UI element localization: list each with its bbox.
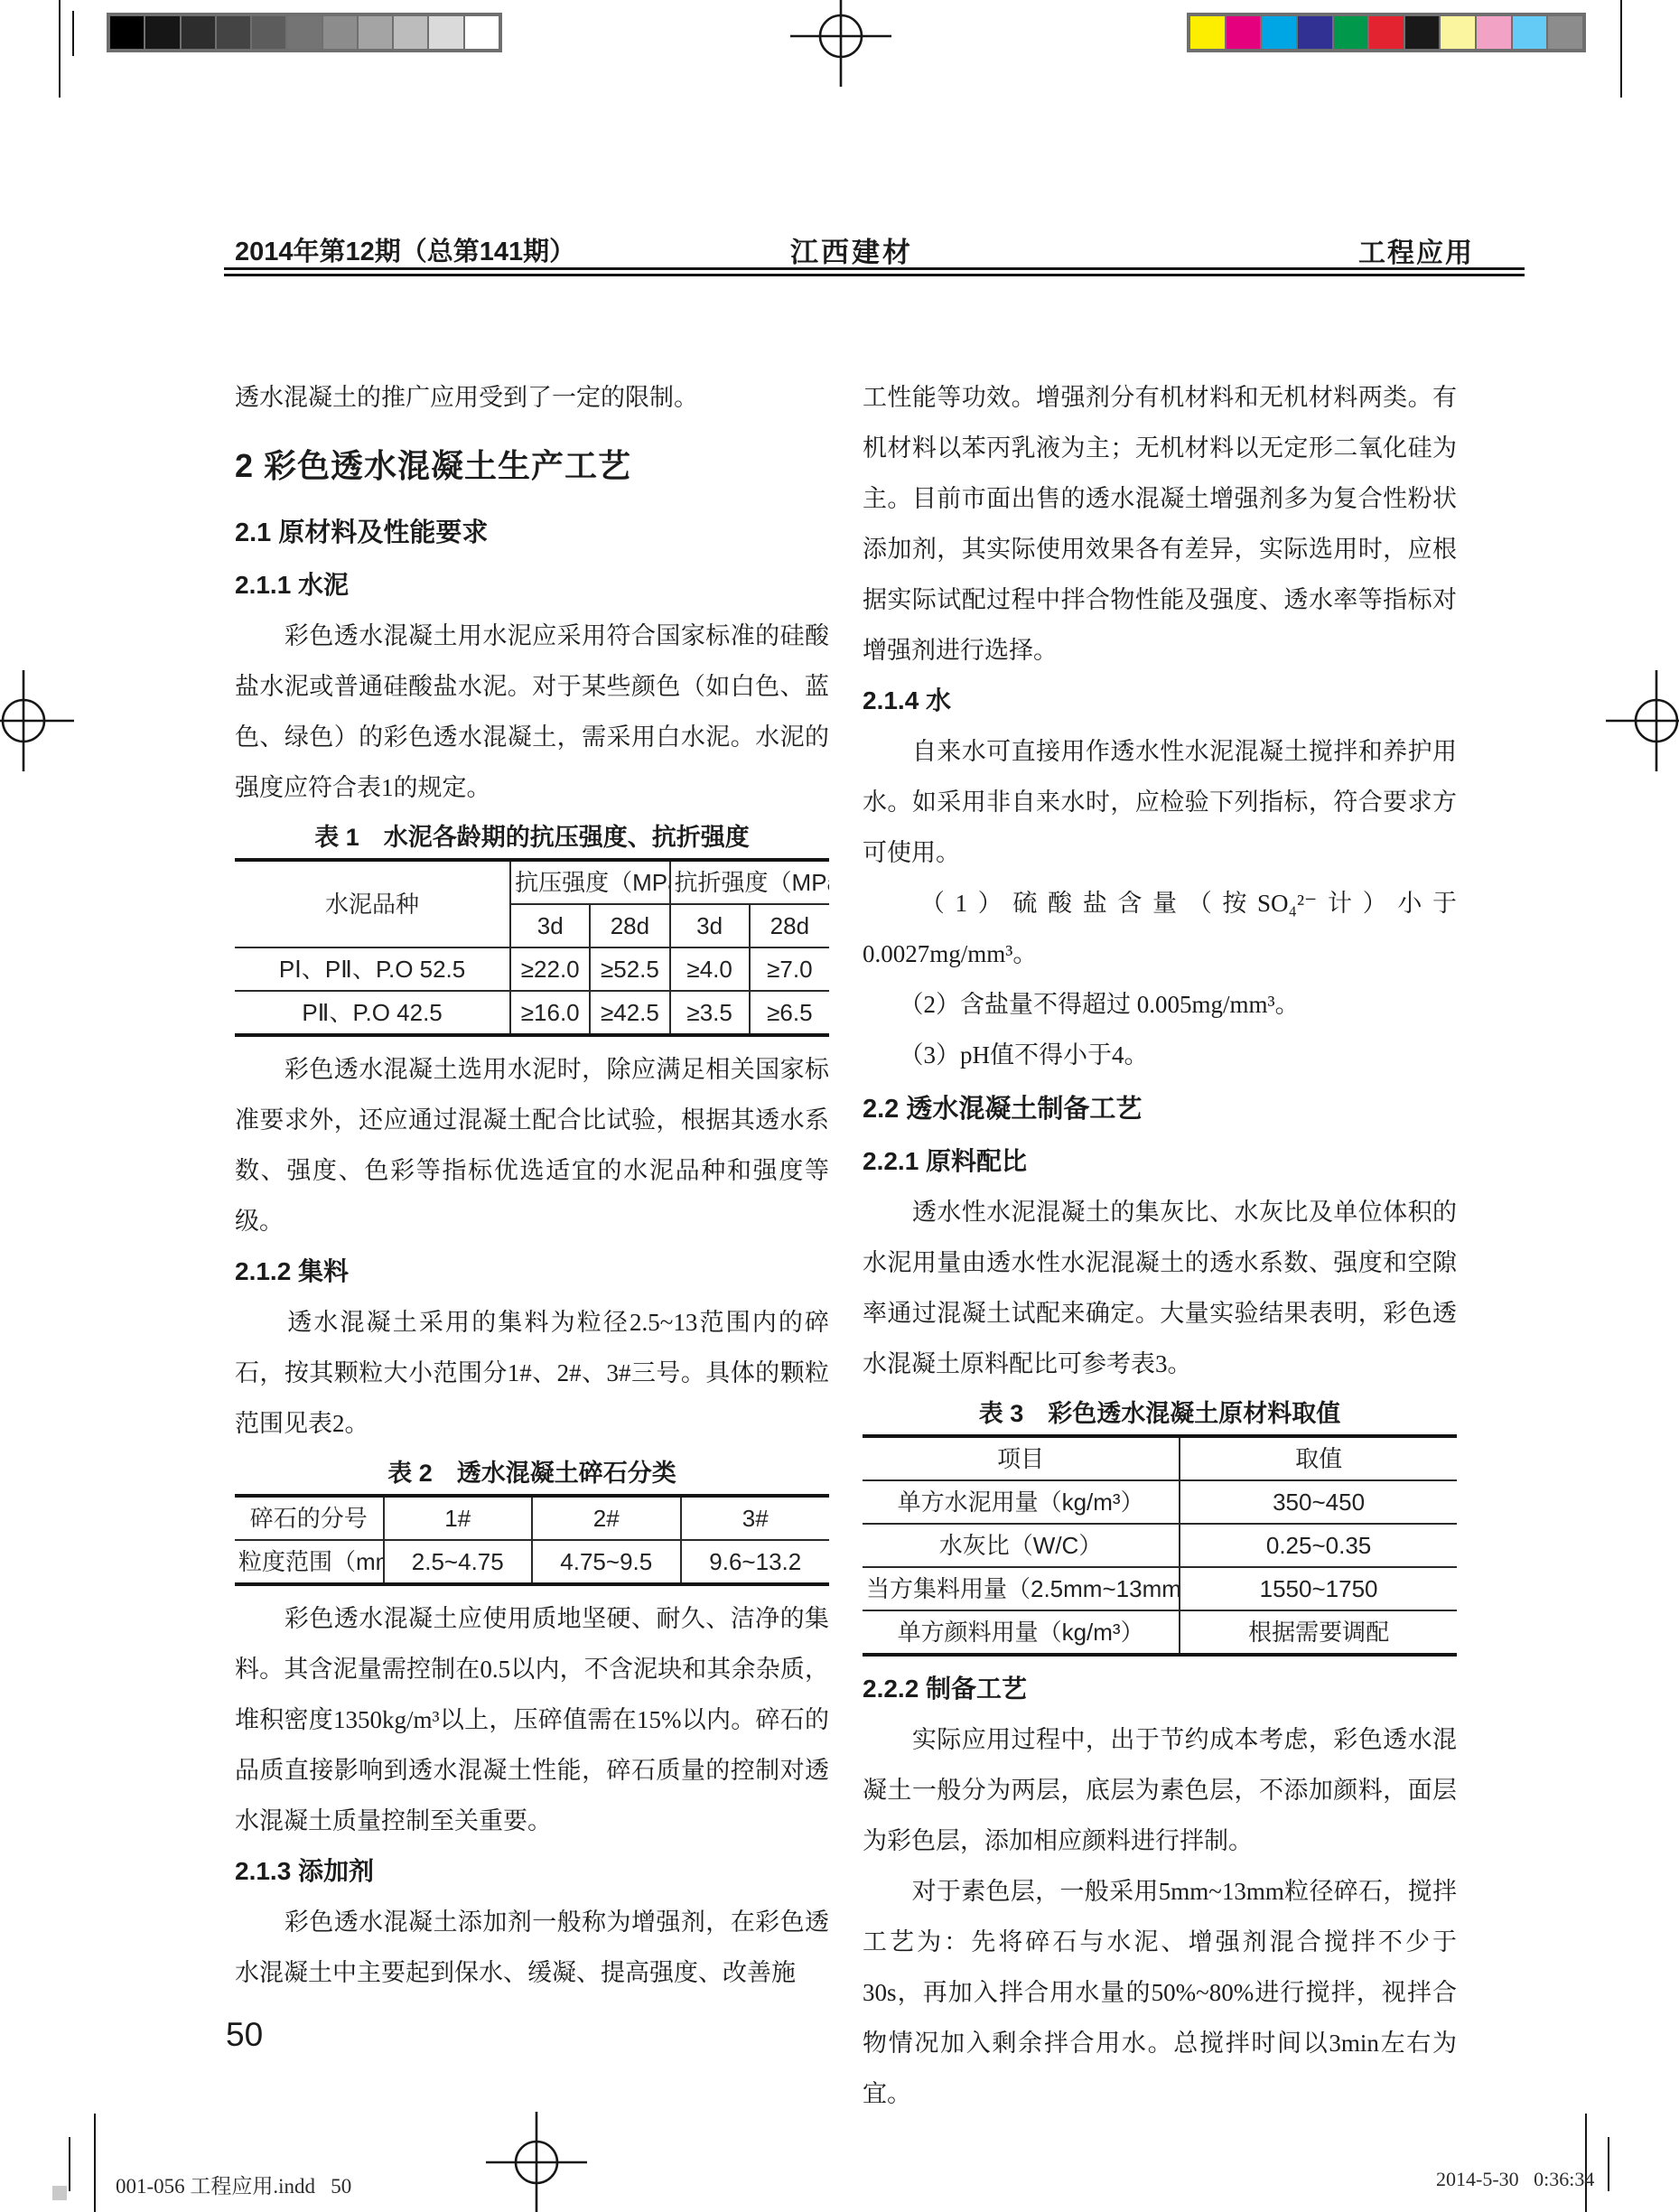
calibration-swatch [252, 16, 285, 49]
table-header-cell: 28d [590, 904, 669, 947]
table2-block: 表 2 透水混凝土碎石分类 碎石的分号 1# 2# 3# 粒度范围（mm） 2.… [235, 1452, 829, 1586]
journal-title: 江西建材 [790, 229, 913, 270]
issue-info: 2014年第12期（总第141期） [235, 231, 575, 268]
table-cell: 2.5~4.75 [384, 1540, 533, 1584]
section-label: 工程应用 [1358, 230, 1474, 270]
calibration-swatch [1405, 16, 1440, 49]
calibration-swatch [1369, 16, 1404, 49]
table-header-cell: 28d [750, 904, 829, 947]
paragraph-process-2: 对于素色层，一般采用5mm~13mm粒径碎石，搅拌工艺为：先将碎石与水泥、增强剂… [863, 1866, 1457, 2119]
table-cell: ≥42.5 [590, 991, 669, 1035]
imprint-timestamp: 2014-5-30 0:36:34 [1436, 2168, 1594, 2191]
crop-mark [72, 11, 74, 56]
crop-mark [59, 0, 61, 98]
table-gravel-classes: 碎石的分号 1# 2# 3# 粒度范围（mm） 2.5~4.75 4.75~9.… [235, 1494, 829, 1586]
paragraph-intro: 透水混凝土的推广应用受到了一定的限制。 [235, 372, 829, 423]
journal-page: 2014年第12期（总第141期） 江西建材 工程应用 透水混凝土的推广应用受到… [0, 0, 1679, 2212]
table-header-cell: 抗压强度（MPa） [510, 860, 669, 904]
table-cell: PⅡ、P.O 42.5 [235, 991, 510, 1035]
table-header-cell: 抗折强度（MPa） [670, 860, 829, 904]
calibration-swatch [110, 16, 144, 49]
table-caption: 表 1 水泥各龄期的抗压强度、抗折强度 [235, 817, 829, 858]
heading-2-1-4: 2.1.4 水 [863, 676, 1457, 726]
heading-2-2-1: 2.2.1 原料配比 [863, 1136, 1457, 1187]
table-header-cell: 3# [681, 1496, 830, 1540]
crop-mark [52, 2186, 67, 2200]
paragraph-additive-continued: 工性能等功效。增强剂分有机材料和无机材料两类。有机材料以苯丙乳液为主；无机材料以… [863, 372, 1457, 676]
table-cell: 1550~1750 [1180, 1567, 1457, 1610]
calibration-swatch [145, 16, 179, 49]
table-header-cell: 3d [510, 904, 590, 947]
table-cell: ≥7.0 [750, 947, 829, 991]
calibration-swatch [1441, 16, 1475, 49]
table-cell: 当方集料用量（2.5mm~13mm） [863, 1567, 1180, 1610]
table-cell: 水灰比（W/C） [863, 1524, 1180, 1567]
paragraph-mix-ratio: 透水性水泥混凝土的集灰比、水灰比及单位体积的水泥用量由透水性水泥混凝土的透水系数… [863, 1187, 1457, 1389]
calibration-swatch [429, 16, 462, 49]
calibration-swatch [465, 16, 499, 49]
table-cell: ≥16.0 [510, 991, 590, 1035]
grayscale-calibration-bar [107, 13, 502, 52]
calibration-swatch [1190, 16, 1225, 49]
table-header-cell: 项目 [863, 1436, 1180, 1480]
table-caption: 表 3 彩色透水混凝土原材料取值 [863, 1393, 1457, 1434]
table-row: 水灰比（W/C） 0.25~0.35 [863, 1524, 1457, 1567]
table-row: 粒度范围（mm） 2.5~4.75 4.75~9.5 9.6~13.2 [235, 1540, 829, 1584]
table-header-cell: 水泥品种 [235, 860, 510, 947]
paragraph-additive: 彩色透水混凝土添加剂一般称为增强剂，在彩色透水混凝土中主要起到保水、缓凝、提高强… [235, 1897, 829, 1998]
table-header-cell: 3d [670, 904, 750, 947]
registration-mark-right [1602, 667, 1679, 775]
table-caption: 表 2 透水混凝土碎石分类 [235, 1452, 829, 1494]
table-cell: ≥6.5 [750, 991, 829, 1035]
calibration-swatch [287, 16, 321, 49]
table-row: PⅠ、PⅡ、P.O 52.5 ≥22.0 ≥52.5 ≥4.0 ≥7.0 [235, 947, 829, 991]
table3-block: 表 3 彩色透水混凝土原材料取值 项目 取值 单方水泥用量（kg/m³） 350… [863, 1393, 1457, 1657]
header-rule [224, 267, 1525, 270]
table-cement-strength: 水泥品种 抗压强度（MPa） 抗折强度（MPa） 3d 28d 3d 28d P… [235, 858, 829, 1037]
table-cell: PⅠ、PⅡ、P.O 52.5 [235, 947, 510, 991]
paragraph-cement-selection: 彩色透水混凝土选用水泥时，除应满足相关国家标准要求外，还应通过混凝土配合比试验，… [235, 1044, 829, 1246]
calibration-swatch [1298, 16, 1332, 49]
table1-block: 表 1 水泥各龄期的抗压强度、抗折强度 水泥品种 抗压强度（MPa） 抗折强度（… [235, 817, 829, 1037]
table-cell: 4.75~9.5 [532, 1540, 681, 1584]
heading-2-1-1: 2.1.1 水泥 [235, 560, 829, 611]
paragraph-aggregate: 透水混凝土采用的集料为粒径2.5~13范围内的碎石，按其颗粒大小范围分1#、2#… [235, 1297, 829, 1449]
page-number: 50 [226, 2016, 263, 2054]
paragraph-cement: 彩色透水混凝土用水泥应采用符合国家标准的硅酸盐水泥或普通硅酸盐水泥。对于某些颜色… [235, 611, 829, 813]
table-row: 水泥品种 抗压强度（MPa） 抗折强度（MPa） [235, 860, 829, 904]
heading-2-1-2: 2.1.2 集料 [235, 1246, 829, 1297]
color-calibration-bar [1187, 13, 1586, 52]
heading-2-2: 2.2 透水混凝土制备工艺 [863, 1084, 1457, 1134]
table-cell: 9.6~13.2 [681, 1540, 830, 1584]
table-cell: ≥52.5 [590, 947, 669, 991]
table-cell: 350~450 [1180, 1480, 1457, 1524]
header-rule [224, 274, 1525, 276]
list-item-2: （2）含盐量不得超过 0.005mg/mm³。 [863, 979, 1457, 1030]
calibration-swatch [394, 16, 427, 49]
table-cell: 单方颜料用量（kg/m³） [863, 1610, 1180, 1655]
right-column: 工性能等功效。增强剂分有机材料和无机材料两类。有机材料以苯丙乳液为主；无机材料以… [863, 372, 1457, 2119]
calibration-swatch [1477, 16, 1511, 49]
imprint-filename: 001-056 工程应用.indd 50 [116, 2170, 351, 2199]
heading-2-2-2: 2.2.2 制备工艺 [863, 1664, 1457, 1714]
table-row: 项目 取值 [863, 1436, 1457, 1480]
table-row: 碎石的分号 1# 2# 3# [235, 1496, 829, 1540]
table-cell: ≥22.0 [510, 947, 590, 991]
calibration-swatch [323, 16, 357, 49]
table-header-cell: 2# [532, 1496, 681, 1540]
calibration-swatch [1262, 16, 1296, 49]
table-row: 单方颜料用量（kg/m³） 根据需要调配 [863, 1610, 1457, 1655]
list-item-3: （3）pH值不得小于4。 [863, 1030, 1457, 1080]
calibration-swatch [359, 16, 392, 49]
table-header-cell: 碎石的分号 [235, 1496, 384, 1540]
registration-mark-bottom [482, 2108, 591, 2212]
calibration-swatch [1513, 16, 1547, 49]
heading-section-2: 2 彩色透水混凝土生产工艺 [235, 446, 829, 486]
calibration-swatch [182, 16, 215, 49]
table-material-values: 项目 取值 单方水泥用量（kg/m³） 350~450 水灰比（W/C） 0.2… [863, 1434, 1457, 1657]
table-cell: 0.25~0.35 [1180, 1524, 1457, 1567]
calibration-swatch [1334, 16, 1368, 49]
heading-2-1: 2.1 原材料及性能要求 [235, 508, 829, 558]
table-cell: 粒度范围（mm） [235, 1540, 384, 1584]
crop-mark [94, 2114, 96, 2212]
table-row: 当方集料用量（2.5mm~13mm） 1550~1750 [863, 1567, 1457, 1610]
paragraph-water: 自来水可直接用作透水性水泥混凝土搅拌和养护用水。如采用非自来水时，应检验下列指标… [863, 726, 1457, 878]
paragraph-aggregate-quality: 彩色透水混凝土应使用质地坚硬、耐久、洁净的集料。其含泥量需控制在0.5以内，不含… [235, 1593, 829, 1846]
list-item-1: （1）硫酸盐含量（按SO₄²⁻计）小于0.0027mg/mm³。 [863, 878, 1457, 979]
table-header-cell: 1# [384, 1496, 533, 1540]
table-cell: ≥4.0 [670, 947, 750, 991]
left-column: 透水混凝土的推广应用受到了一定的限制。 2 彩色透水混凝土生产工艺 2.1 原材… [235, 372, 829, 1998]
table-cell: ≥3.5 [670, 991, 750, 1035]
paragraph-process-1: 实际应用过程中，出于节约成本考虑，彩色透水混凝土一般分为两层，底层为素色层，不添… [863, 1714, 1457, 1866]
registration-mark-left [0, 667, 78, 775]
table-row: 单方水泥用量（kg/m³） 350~450 [863, 1480, 1457, 1524]
table-cell: 根据需要调配 [1180, 1610, 1457, 1655]
calibration-swatch [1227, 16, 1261, 49]
calibration-swatch [1548, 16, 1582, 49]
crop-mark [1620, 0, 1622, 98]
crop-mark [1585, 2114, 1587, 2212]
table-row: PⅡ、P.O 42.5 ≥16.0 ≥42.5 ≥3.5 ≥6.5 [235, 991, 829, 1035]
crop-mark [1608, 2137, 1609, 2191]
table-header-cell: 取值 [1180, 1436, 1457, 1480]
heading-2-1-3: 2.1.3 添加剂 [235, 1846, 829, 1897]
calibration-swatch [217, 16, 250, 49]
registration-mark-top [787, 0, 895, 90]
table-cell: 单方水泥用量（kg/m³） [863, 1480, 1180, 1524]
crop-mark [69, 2137, 70, 2191]
